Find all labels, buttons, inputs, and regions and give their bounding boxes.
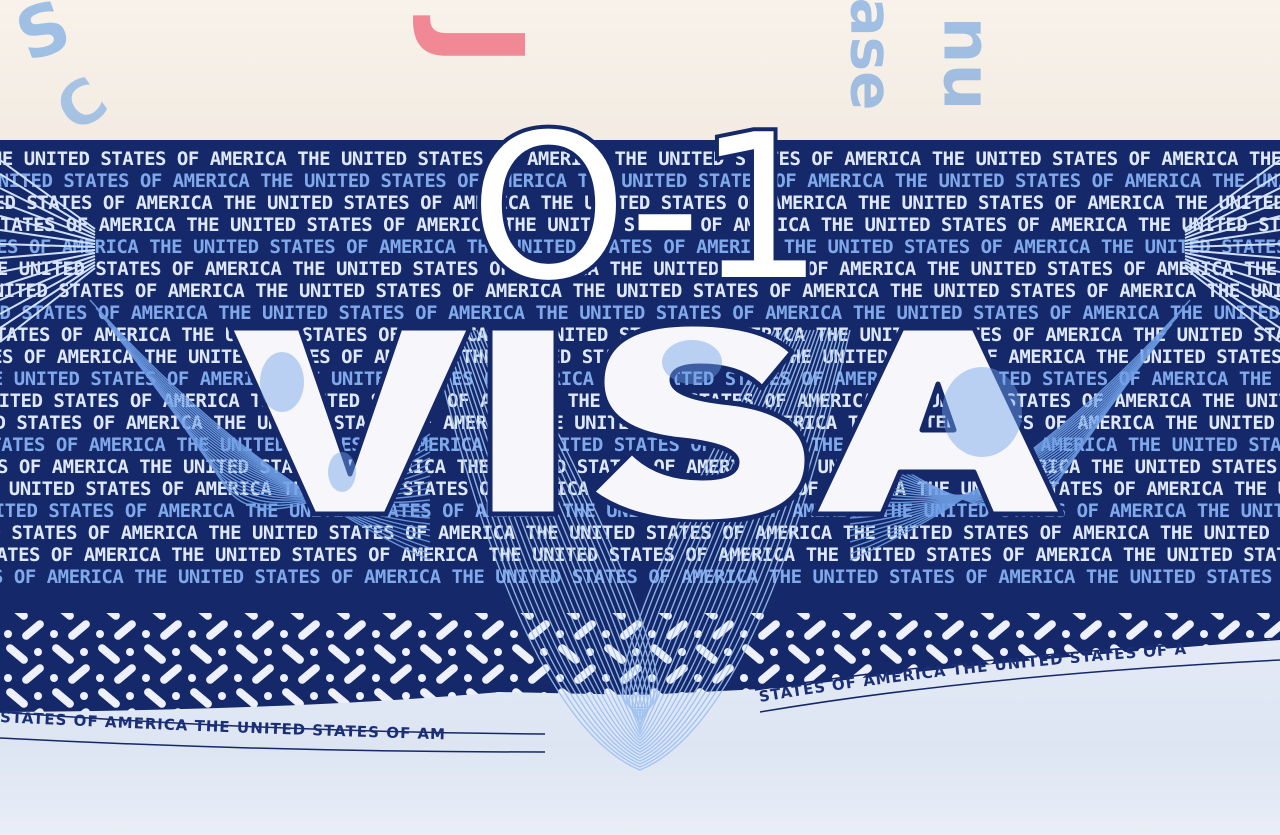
strip-microtext-right: STATES OF AMERICA THE UNITED STATES OF A: [758, 640, 1188, 706]
strip-microtext-left: STATES OF AMERICA THE UNITED STATES OF A…: [0, 708, 446, 743]
svg-text:O-1: O-1: [470, 115, 820, 295]
o1-label: O-1: [460, 115, 830, 295]
visa-lettering: [222, 322, 1072, 522]
